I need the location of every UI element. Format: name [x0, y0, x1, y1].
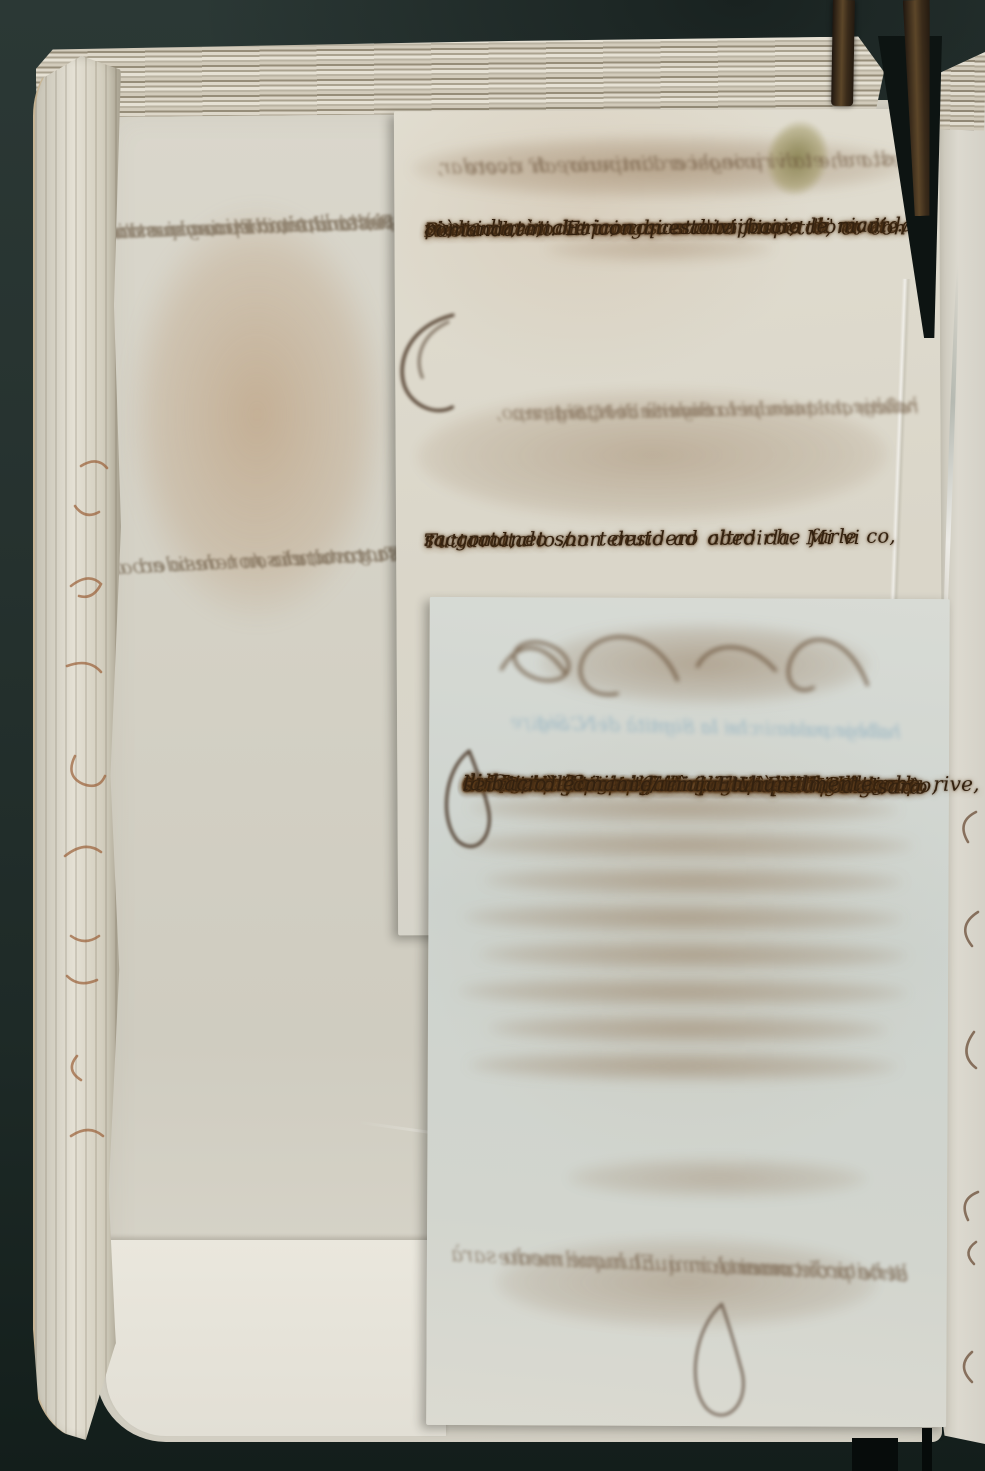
manuscript-photo: Resta che io vi prieghi a continuare di … — [0, 0, 985, 1471]
showthrough-line: raccomando ./. — [247, 523, 401, 591]
bleedthrough-line: la bacio le mani ./. — [712, 1243, 909, 1295]
ink-smudge — [459, 829, 914, 861]
ink-smudge — [567, 1157, 867, 1198]
stand-shadow-slot — [852, 1438, 898, 1471]
page-stack-top-edge — [36, 36, 885, 117]
bleedthrough-band: dirle prontamente in qualunque modo sarà… — [485, 1234, 909, 1251]
ink-smudge — [458, 976, 908, 1008]
underlying-sheet-edge — [106, 1240, 446, 1436]
handwriting-line: la bacio le mani ./. — [463, 765, 665, 802]
ink-smudge — [484, 865, 904, 897]
ink-smudge — [488, 1013, 888, 1045]
ink-smudge — [463, 902, 903, 934]
stand-shadow-slot — [922, 1428, 932, 1471]
handwriting-line: raccomando ./. — [424, 523, 602, 557]
margin-flourish — [391, 307, 462, 427]
letter-text-paragraph: Resta che io vi prieghi a continuare di … — [424, 209, 929, 212]
handwriting-line: comandarmi. Et con questo vi bacio le ma… — [424, 207, 916, 249]
ink-smudge — [478, 939, 908, 971]
ink-smudge — [468, 1050, 898, 1082]
showthrough-line: habbia posta in lei la dignità del Cardi… — [525, 700, 901, 754]
right-stack-top-edge — [939, 52, 985, 131]
ink-smudge — [539, 623, 869, 704]
showthrough-line: comandarmi. Et con questo vi bacio le ma… — [101, 192, 395, 267]
showthrough-text-block: Tuttavolta io non desidero altro che far… — [105, 523, 410, 798]
letter-sheet-lower: rallegrandomi che la Santità di N. Sig.r… — [426, 597, 950, 1427]
foredge-ink-marks — [41, 436, 117, 1196]
letter-closing-paragraph: Tuttavolta io non desidero altro che far… — [424, 521, 924, 524]
left-foredge-fold — [33, 56, 121, 1440]
letter-text-paragraph: Darò principio a mostrar V. S. Ill.ma la… — [463, 765, 935, 767]
binding-clamp-rod — [831, 0, 855, 106]
